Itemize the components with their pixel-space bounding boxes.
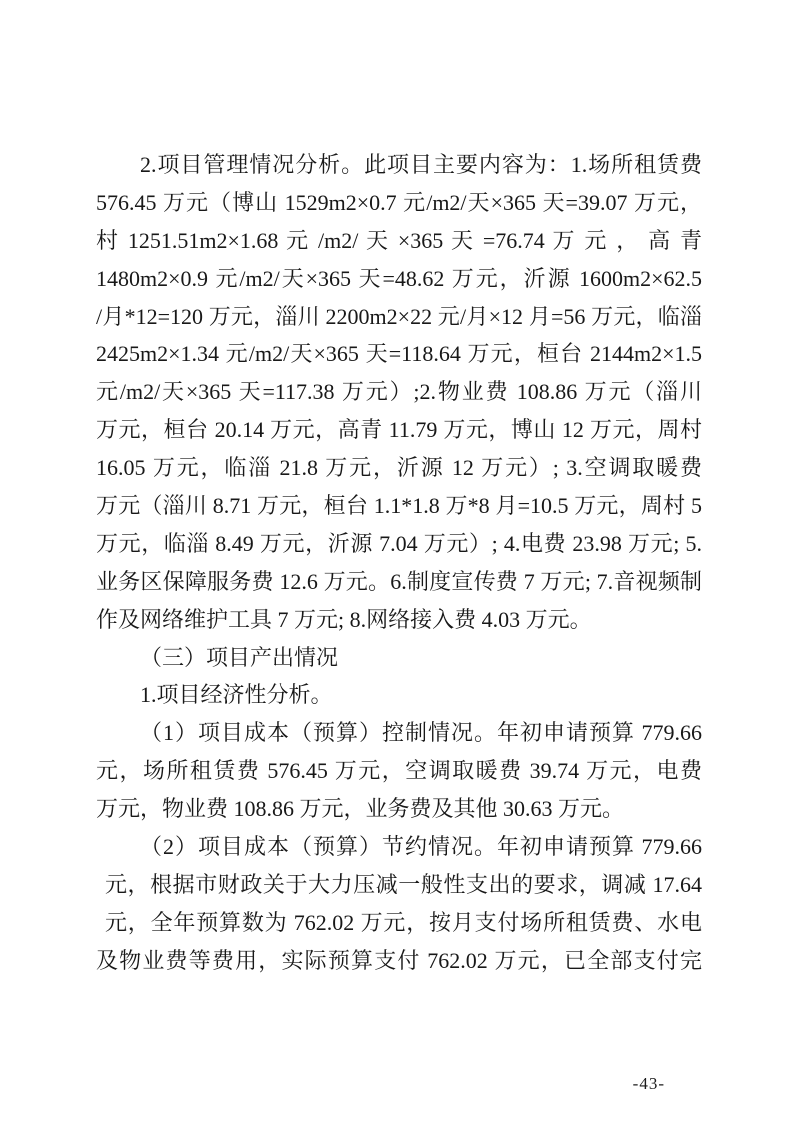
text-line: 万元，物业费 108.86 万元，业务费及其他 30.63 万元。 <box>96 790 702 828</box>
text-line: 作及网络维护工具 7 万元; 8.网络接入费 4.03 万元。 <box>96 601 702 639</box>
text-line: 576.45 万元（博山 1529m2×0.7 元/m2/天×365 天=39.… <box>96 184 702 222</box>
text-line: 2.项目管理情况分析。此项目主要内容为：1.场所租赁费 <box>96 146 702 184</box>
text-line: 万元，临淄 8.49 万元，沂源 7.04 万元）; 4.电费 23.98 万元… <box>96 525 702 563</box>
text-line: 元，全年预算数为 762.02 万元，按月支付场所租赁费、水电费 <box>96 904 702 942</box>
text-line: 1480m2×0.9 元/m2/天×365 天=48.62 万元，沂源 1600… <box>96 260 702 298</box>
text-line: 及物业费等费用，实际预算支付 762.02 万元，已全部支付完毕。 <box>96 942 702 980</box>
text-line: 元，场所租赁费 576.45 万元，空调取暖费 39.74 万元，电费 46.5… <box>96 752 702 790</box>
text-line: 16.05 万元，临淄 21.8 万元，沂源 12 万元）; 3.空调取暖费 3… <box>96 449 702 487</box>
text-line: 万元，桓台 20.14 万元，高青 11.79 万元，博山 12 万元，周村 <box>96 411 702 449</box>
text-line: 业务区保障服务费 12.6 万元。6.制度宣传费 7 万元; 7.音视频制 <box>96 563 702 601</box>
text-line: （三）项目产出情况 <box>96 639 702 677</box>
text-line: （2）项目成本（预算）节约情况。年初申请预算 779.66 万 <box>96 828 702 866</box>
text-line: 2425m2×1.34 元/m2/天×365 天=118.64 万元，桓台 21… <box>96 335 702 373</box>
text-line: 元/m2/天×365 天=117.38 万元）;2.物业费 108.86 万元（… <box>96 373 702 411</box>
text-line: 万元（淄川 8.71 万元，桓台 1.1*1.8 万*8 月=10.5 万元，周… <box>96 487 702 525</box>
text-block: 2.项目管理情况分析。此项目主要内容为：1.场所租赁费576.45 万元（博山 … <box>96 146 702 980</box>
document-page: 2.项目管理情况分析。此项目主要内容为：1.场所租赁费576.45 万元（博山 … <box>0 0 793 1122</box>
page-number: -43- <box>633 1074 665 1094</box>
text-line: /月*12=120 万元，淄川 2200m2×22 元/月×12 月=56 万元… <box>96 298 702 336</box>
text-line: （1）项目成本（预算）控制情况。年初申请预算 779.66 万 <box>96 714 702 752</box>
text-line: 1.项目经济性分析。 <box>96 676 702 714</box>
text-line: 村 1251.51m2×1.68 元 /m2/ 天 ×365 天 =76.74 … <box>96 222 702 260</box>
text-line: 元，根据市财政关于大力压减一般性支出的要求，调减 17.64 万 <box>96 866 702 904</box>
